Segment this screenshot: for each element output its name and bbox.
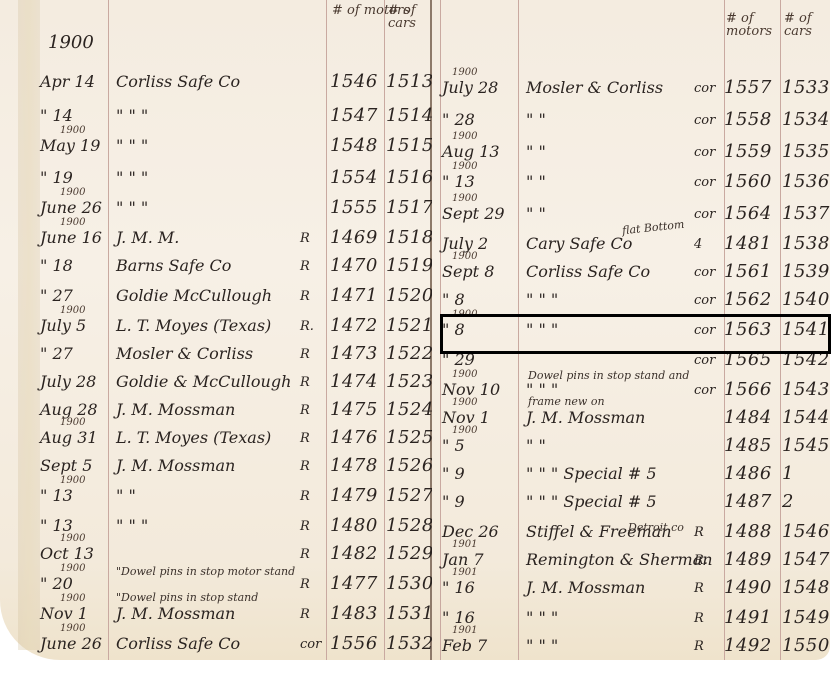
row-date: " 28 bbox=[442, 112, 475, 128]
row-type: R bbox=[300, 490, 310, 503]
row-motor-number: 1548 bbox=[330, 137, 378, 155]
row-type: R bbox=[300, 376, 310, 389]
row-type: R bbox=[300, 608, 310, 621]
note-frame-new: frame new on bbox=[528, 396, 605, 407]
row-car-number: 1548 bbox=[782, 579, 830, 597]
row-year: 1900 bbox=[60, 564, 85, 574]
row-date: Apr 14 bbox=[40, 74, 95, 90]
row-car-number: 1540 bbox=[782, 291, 830, 309]
row-name: Corliss Safe Co bbox=[526, 264, 650, 280]
row-motor-number: 1554 bbox=[330, 169, 378, 187]
row-motor-number: 1490 bbox=[724, 579, 772, 597]
row-name: L. T. Moyes (Texas) bbox=[116, 430, 271, 446]
row-name: Mosler & Corliss bbox=[526, 80, 663, 96]
row-motor-number: 1469 bbox=[330, 229, 378, 247]
row-car-number: 1518 bbox=[386, 229, 434, 247]
row-car-number: 1523 bbox=[386, 373, 434, 391]
row-date: " 13 bbox=[442, 174, 475, 190]
note-flat-bottom: flat Bottom bbox=[622, 219, 685, 236]
row-motor-number: 1558 bbox=[724, 111, 772, 129]
row-type: 4 bbox=[694, 238, 702, 251]
row-date: " 9 bbox=[442, 466, 465, 482]
row-car-number: 1527 bbox=[386, 487, 434, 505]
row-motor-number: 1487 bbox=[724, 493, 772, 511]
left-page: # of motors # of cars 1900 Apr 14Corliss… bbox=[0, 0, 432, 660]
year-header: 1900 bbox=[48, 34, 94, 52]
row-date: " 20 bbox=[40, 576, 73, 592]
row-car-number: 1543 bbox=[782, 381, 830, 399]
row-date: " 18 bbox=[40, 258, 73, 274]
row-year: 1901 bbox=[452, 568, 477, 578]
row-car-number: 1538 bbox=[782, 235, 830, 253]
row-name: Corliss Safe Co bbox=[116, 636, 240, 652]
row-motor-number: 1547 bbox=[330, 107, 378, 125]
row-date: Feb 7 bbox=[442, 638, 487, 654]
row-date: June 26 bbox=[40, 200, 102, 216]
row-car-number: 1550 bbox=[782, 637, 830, 655]
row-motor-number: 1473 bbox=[330, 345, 378, 363]
row-year: 1900 bbox=[60, 126, 85, 136]
row-motor-number: 1557 bbox=[724, 79, 772, 97]
row-name: " " " Special # 5 bbox=[526, 494, 657, 510]
row-date: " 16 bbox=[442, 610, 475, 626]
row-type: R bbox=[694, 612, 704, 625]
row-type: R bbox=[694, 526, 704, 539]
row-name: J. M. Mossman bbox=[526, 580, 645, 596]
row-type: R bbox=[300, 260, 310, 273]
row-motor-number: 1562 bbox=[724, 291, 772, 309]
row-car-number: 1515 bbox=[386, 137, 434, 155]
row-car-number: 1528 bbox=[386, 517, 434, 535]
row-name: " " " bbox=[116, 170, 148, 186]
row-year: 1900 bbox=[60, 534, 85, 544]
row-motor-number: 1470 bbox=[330, 257, 378, 275]
row-car-number: 1539 bbox=[782, 263, 830, 281]
ledger-spread: # of motors # of cars 1900 Apr 14Corliss… bbox=[0, 0, 836, 675]
row-type: R bbox=[300, 232, 310, 245]
row-year: 1900 bbox=[452, 370, 477, 380]
row-date: " 13 bbox=[40, 488, 73, 504]
row-type: R. bbox=[694, 554, 708, 567]
row-year: 1900 bbox=[452, 194, 477, 204]
row-motor-number: 1488 bbox=[724, 523, 772, 541]
row-name: " " " bbox=[526, 638, 558, 654]
row-motor-number: 1560 bbox=[724, 173, 772, 191]
row-motor-number: 1564 bbox=[724, 205, 772, 223]
row-motor-number: 1492 bbox=[724, 637, 772, 655]
row-motor-number: 1491 bbox=[724, 609, 772, 627]
row-car-number: 1534 bbox=[782, 111, 830, 129]
row-date: " 8 bbox=[442, 292, 465, 308]
row-date: Nov 10 bbox=[442, 382, 500, 398]
row-year: 1900 bbox=[452, 162, 477, 172]
row-date: Sept 8 bbox=[442, 264, 494, 280]
note-dowel-pins: Dowel pins in stop stand and bbox=[528, 370, 689, 381]
row-date: May 19 bbox=[40, 138, 100, 154]
row-name: J. M. Mossman bbox=[116, 458, 235, 474]
row-year: 1900 bbox=[452, 426, 477, 436]
row-motor-number: 1472 bbox=[330, 317, 378, 335]
row-type: R bbox=[300, 404, 310, 417]
row-name: " " bbox=[116, 488, 136, 504]
row-car-number: 1536 bbox=[782, 173, 830, 191]
row-date: July 28 bbox=[40, 374, 96, 390]
row-car-number: 1531 bbox=[386, 605, 434, 623]
row-year: 1900 bbox=[60, 476, 85, 486]
row-name: L. T. Moyes (Texas) bbox=[116, 318, 271, 334]
row-name: " " " bbox=[116, 200, 148, 216]
row-type: R bbox=[300, 348, 310, 361]
header-cars: # of cars bbox=[388, 4, 428, 30]
row-motor-number: 1546 bbox=[330, 73, 378, 91]
row-date: Sept 29 bbox=[442, 206, 505, 222]
row-motor-number: 1555 bbox=[330, 199, 378, 217]
row-date: June 26 bbox=[40, 636, 102, 652]
row-car-number: 1517 bbox=[386, 199, 434, 217]
row-name: J. M. Mossman bbox=[116, 402, 235, 418]
row-type: cor bbox=[694, 354, 715, 367]
row-type: R bbox=[300, 460, 310, 473]
row-car-number: 1537 bbox=[782, 205, 830, 223]
row-name: " " " bbox=[526, 610, 558, 626]
row-name: Mosler & Corliss bbox=[116, 346, 253, 362]
row-car-number: 1524 bbox=[386, 401, 434, 419]
column-rule-date bbox=[108, 0, 109, 660]
row-type: cor bbox=[694, 294, 715, 307]
page-binding-shadow bbox=[18, 0, 40, 650]
row-motor-number: 1480 bbox=[330, 517, 378, 535]
row-year: 1901 bbox=[452, 540, 477, 550]
row-name: Goldie & McCullough bbox=[116, 374, 291, 390]
row-motor-number: 1477 bbox=[330, 575, 378, 593]
row-date: " 19 bbox=[40, 170, 73, 186]
row-year: 1900 bbox=[452, 398, 477, 408]
row-car-number: 1535 bbox=[782, 143, 830, 161]
row-date: " 27 bbox=[40, 288, 73, 304]
row-name: " " bbox=[526, 438, 546, 454]
row-date: " 5 bbox=[442, 438, 465, 454]
row-motor-number: 1489 bbox=[724, 551, 772, 569]
row-year: 1900 bbox=[60, 188, 85, 198]
row-date: " 13 bbox=[40, 518, 73, 534]
row-car-number: 1516 bbox=[386, 169, 434, 187]
row-type: cor bbox=[300, 638, 321, 651]
header-motors: # of motors bbox=[726, 12, 774, 38]
row-year: 1901 bbox=[452, 626, 477, 636]
row-year: 1900 bbox=[452, 132, 477, 142]
row-car-number: 1549 bbox=[782, 609, 830, 627]
row-name: " " " bbox=[116, 108, 148, 124]
row-motor-number: 1471 bbox=[330, 287, 378, 305]
row-motor-number: 1486 bbox=[724, 465, 772, 483]
note-detroit-co: Detroit co bbox=[628, 522, 684, 533]
row-type: cor bbox=[694, 146, 715, 159]
row-type: cor bbox=[694, 208, 715, 221]
row-car-number: 1519 bbox=[386, 257, 434, 275]
row-type: R bbox=[300, 432, 310, 445]
row-name: Barns Safe Co bbox=[116, 258, 231, 274]
row-motor-number: 1475 bbox=[330, 401, 378, 419]
row-name: J. M. Mossman bbox=[116, 606, 235, 622]
row-date: June 16 bbox=[40, 230, 102, 246]
row-name: Cary Safe Co bbox=[526, 236, 632, 252]
row-year: 1900 bbox=[60, 594, 85, 604]
row-name: " " " bbox=[526, 292, 558, 308]
row-year: 1900 bbox=[60, 218, 85, 228]
row-name: J. M. M. bbox=[116, 230, 179, 246]
row-type: R. bbox=[300, 320, 314, 333]
row-motor-number: 1483 bbox=[330, 605, 378, 623]
row-date: " 29 bbox=[442, 352, 475, 368]
row-type: R bbox=[694, 582, 704, 595]
row-motor-number: 1566 bbox=[724, 381, 772, 399]
row-motor-number: 1559 bbox=[724, 143, 772, 161]
row-date: Jan 7 bbox=[442, 552, 484, 568]
row-name: " " bbox=[526, 144, 546, 160]
row-date: July 2 bbox=[442, 236, 488, 252]
row-date: " 14 bbox=[40, 108, 73, 124]
row-car-number: 1521 bbox=[386, 317, 434, 335]
row-date: Oct 13 bbox=[40, 546, 94, 562]
row-car-number: 1545 bbox=[782, 437, 830, 455]
row-name: Remington & Sherman bbox=[526, 552, 713, 568]
row-date: Sept 5 bbox=[40, 458, 92, 474]
row-motor-number: 1478 bbox=[330, 457, 378, 475]
column-rule-name bbox=[326, 0, 327, 660]
row-name: Goldie McCullough bbox=[116, 288, 272, 304]
row-type: R bbox=[300, 578, 310, 591]
row-name: " " " bbox=[116, 518, 148, 534]
row-year: 1900 bbox=[452, 252, 477, 262]
row-date: Dec 26 bbox=[442, 524, 499, 540]
row-name: " " bbox=[526, 112, 546, 128]
row-type: cor bbox=[694, 176, 715, 189]
row-date: Aug 31 bbox=[40, 430, 98, 446]
row-date: July 28 bbox=[442, 80, 498, 96]
highlighted-row-box bbox=[440, 314, 831, 354]
row-date: July 5 bbox=[40, 318, 86, 334]
row-year: 1900 bbox=[60, 418, 85, 428]
row-type: R bbox=[300, 520, 310, 533]
row-date: " 27 bbox=[40, 346, 73, 362]
row-motor-number: 1482 bbox=[330, 545, 378, 563]
row-year: 1900 bbox=[452, 68, 477, 78]
row-car-number: 1525 bbox=[386, 429, 434, 447]
row-car-number: 1533 bbox=[782, 79, 830, 97]
row-car-number: 1526 bbox=[386, 457, 434, 475]
row-car-number: 1513 bbox=[386, 73, 434, 91]
row-motor-number: 1484 bbox=[724, 409, 772, 427]
row-date: " 9 bbox=[442, 494, 465, 510]
row-date: " 16 bbox=[442, 580, 475, 596]
row-name: " " " bbox=[116, 138, 148, 154]
row-year: 1900 bbox=[60, 306, 85, 316]
row-type: cor bbox=[694, 82, 715, 95]
row-type: R bbox=[694, 640, 704, 653]
row-date: Aug 28 bbox=[40, 402, 98, 418]
row-type: cor bbox=[694, 384, 715, 397]
row-type: cor bbox=[694, 114, 715, 127]
row-motor-number: 1474 bbox=[330, 373, 378, 391]
row-car-number: 1532 bbox=[386, 635, 434, 653]
row-motor-number: 1479 bbox=[330, 487, 378, 505]
row-date: Aug 13 bbox=[442, 144, 500, 160]
row-type: R bbox=[300, 548, 310, 561]
row-car-number: 2 bbox=[782, 493, 794, 511]
row-motor-number: 1556 bbox=[330, 635, 378, 653]
row-car-number: 1529 bbox=[386, 545, 434, 563]
row-name: " " bbox=[526, 174, 546, 190]
row-name: " " " Special # 5 bbox=[526, 466, 657, 482]
row-date: Nov 1 bbox=[40, 606, 88, 622]
row-year: 1900 bbox=[60, 624, 85, 634]
row-car-number: 1522 bbox=[386, 345, 434, 363]
note-dowel-pins-1: "Dowel pins in stop motor stand bbox=[116, 566, 295, 577]
row-motor-number: 1561 bbox=[724, 263, 772, 281]
row-name: " " bbox=[526, 206, 546, 222]
row-car-number: 1520 bbox=[386, 287, 434, 305]
row-car-number: 1544 bbox=[782, 409, 830, 427]
row-motor-number: 1481 bbox=[724, 235, 772, 253]
row-car-number: 1530 bbox=[386, 575, 434, 593]
row-car-number: 1546 bbox=[782, 523, 830, 541]
row-date: Nov 1 bbox=[442, 410, 490, 426]
row-type: cor bbox=[694, 266, 715, 279]
row-type: R bbox=[300, 290, 310, 303]
row-name: J. M. Mossman bbox=[526, 410, 645, 426]
header-cars: # of cars bbox=[784, 12, 824, 38]
row-name: Corliss Safe Co bbox=[116, 74, 240, 90]
column-rule-motors bbox=[384, 0, 385, 660]
row-motor-number: 1485 bbox=[724, 437, 772, 455]
row-car-number: 1547 bbox=[782, 551, 830, 569]
note-dowel-pins-2: "Dowel pins in stop stand bbox=[116, 592, 258, 603]
row-car-number: 1 bbox=[782, 465, 794, 483]
row-car-number: 1514 bbox=[386, 107, 434, 125]
row-motor-number: 1476 bbox=[330, 429, 378, 447]
